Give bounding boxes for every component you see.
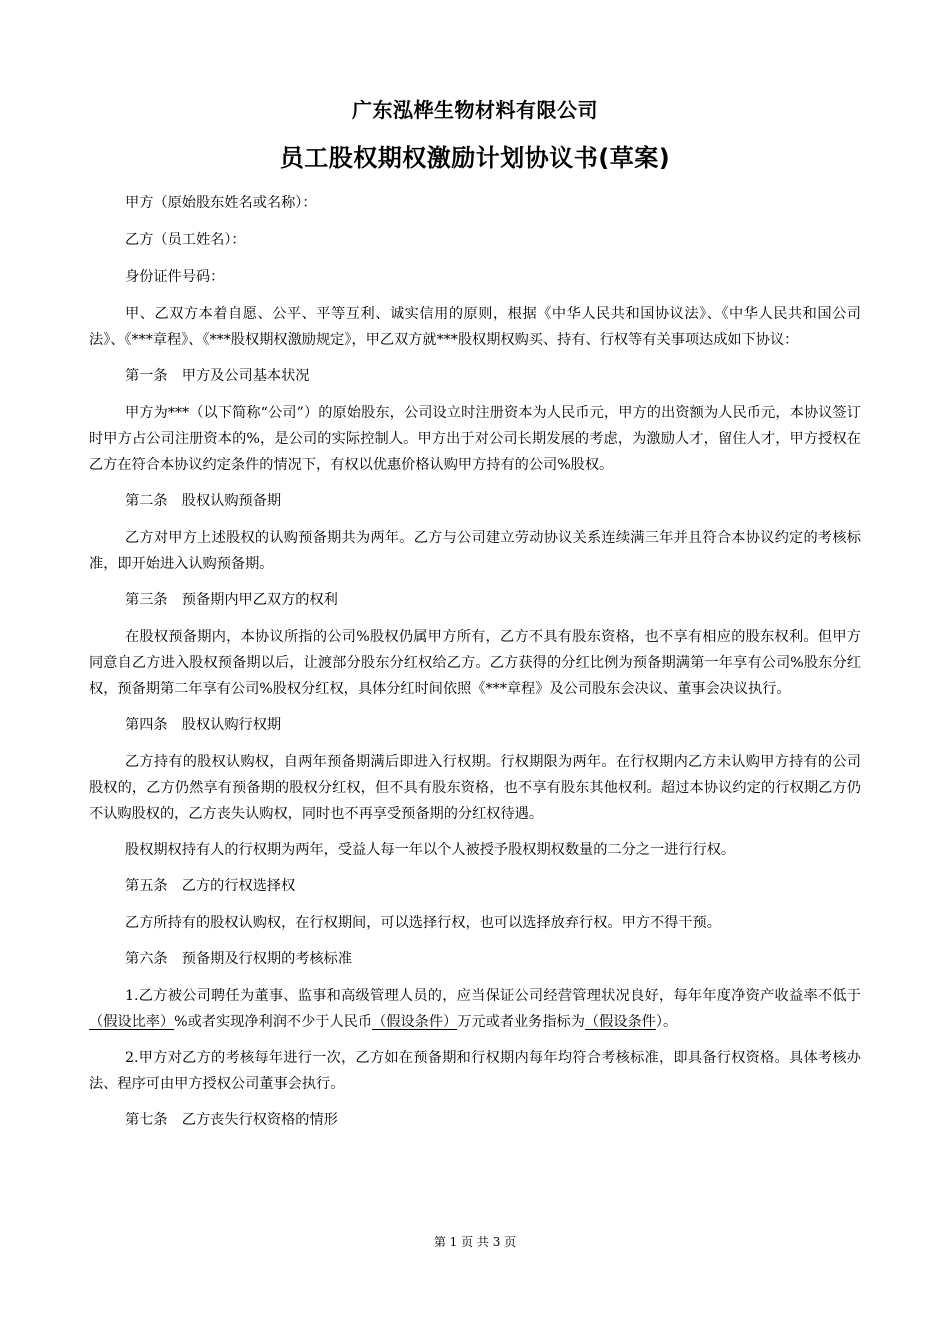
- article-1-heading: 第一条 甲方及公司基本状况: [89, 363, 861, 389]
- article-3-heading: 第三条 预备期内甲乙双方的权利: [89, 587, 861, 613]
- article-5-paragraph: 乙方所持有的股权认购权，在行权期间，可以选择行权，也可以选择放弃行权。甲方不得干…: [89, 910, 861, 936]
- document-page: 广东泓桦生物材料有限公司 员工股权期权激励计划协议书(草案) 甲方（原始股东姓名…: [0, 0, 950, 1344]
- document-title: 员工股权期权激励计划协议书(草案): [0, 138, 950, 173]
- article-7-heading: 第七条 乙方丧失行权资格的情形: [89, 1107, 861, 1133]
- blank-assumed-condition-1: （假设条件）: [372, 1014, 457, 1030]
- article-6-item-2: 2.甲方对乙方的考核每年进行一次，乙方如在预备期和行权期内每年均符合考核标准，即…: [89, 1045, 861, 1097]
- item1-text-b: %或者实现净利润不少于人民币: [174, 1014, 372, 1030]
- article-1-paragraph: 甲方为***（以下简称“公司”）的原始股东，公司设立时注册资本为人民币元，甲方的…: [89, 400, 861, 478]
- article-2-heading: 第二条 股权认购预备期: [89, 488, 861, 514]
- id-number-label: 身份证件号码：: [89, 264, 861, 290]
- article-5-heading: 第五条 乙方的行权选择权: [89, 873, 861, 899]
- article-2-paragraph: 乙方对甲方上述股权的认购预备期共为两年。乙方与公司建立劳动协议关系连续满三年并且…: [89, 525, 861, 577]
- blank-assumed-condition-2: （假设条件: [585, 1014, 656, 1030]
- blank-assumed-ratio: （假设比率）: [89, 1014, 174, 1030]
- page-footer: 第 1 页 共 3 页: [0, 1233, 950, 1250]
- article-4-heading: 第四条 股权认购行权期: [89, 712, 861, 738]
- item1-text-c: 万元或者业务指标为: [457, 1014, 585, 1030]
- document-body: 甲方（原始股东姓名或名称）： 乙方（员工姓名）： 身份证件号码： 甲、乙双方本着…: [89, 190, 861, 1144]
- article-4-paragraph-2: 股权期权持有人的行权期为两年，受益人每一年以个人被授予股权期权数量的二分之一进行…: [89, 837, 861, 863]
- item1-text-d: ）。: [656, 1014, 677, 1030]
- article-6-item-1: 1.乙方被公司聘任为董事、监事和高级管理人员的，应当保证公司经营管理状况良好，每…: [89, 983, 861, 1035]
- article-4-paragraph-1: 乙方持有的股权认购权，自两年预备期满后即进入行权期。行权期限为两年。在行权期内乙…: [89, 749, 861, 827]
- preamble-paragraph: 甲、乙双方本着自愿、公平、平等互利、诚实信用的原则，根据《中华人民共和国协议法》…: [89, 301, 861, 353]
- article-6-heading: 第六条 预备期及行权期的考核标准: [89, 946, 861, 972]
- article-3-paragraph: 在股权预备期内，本协议所指的公司%股权仍属甲方所有，乙方不具有股东资格，也不享有…: [89, 624, 861, 702]
- item1-text-a: 1.乙方被公司聘任为董事、监事和高级管理人员的，应当保证公司经营管理状况良好，每…: [125, 988, 861, 1004]
- company-title: 广东泓桦生物材料有限公司: [0, 94, 950, 123]
- party-b-label: 乙方（员工姓名）：: [89, 227, 861, 253]
- party-a-label: 甲方（原始股东姓名或名称）：: [89, 190, 861, 216]
